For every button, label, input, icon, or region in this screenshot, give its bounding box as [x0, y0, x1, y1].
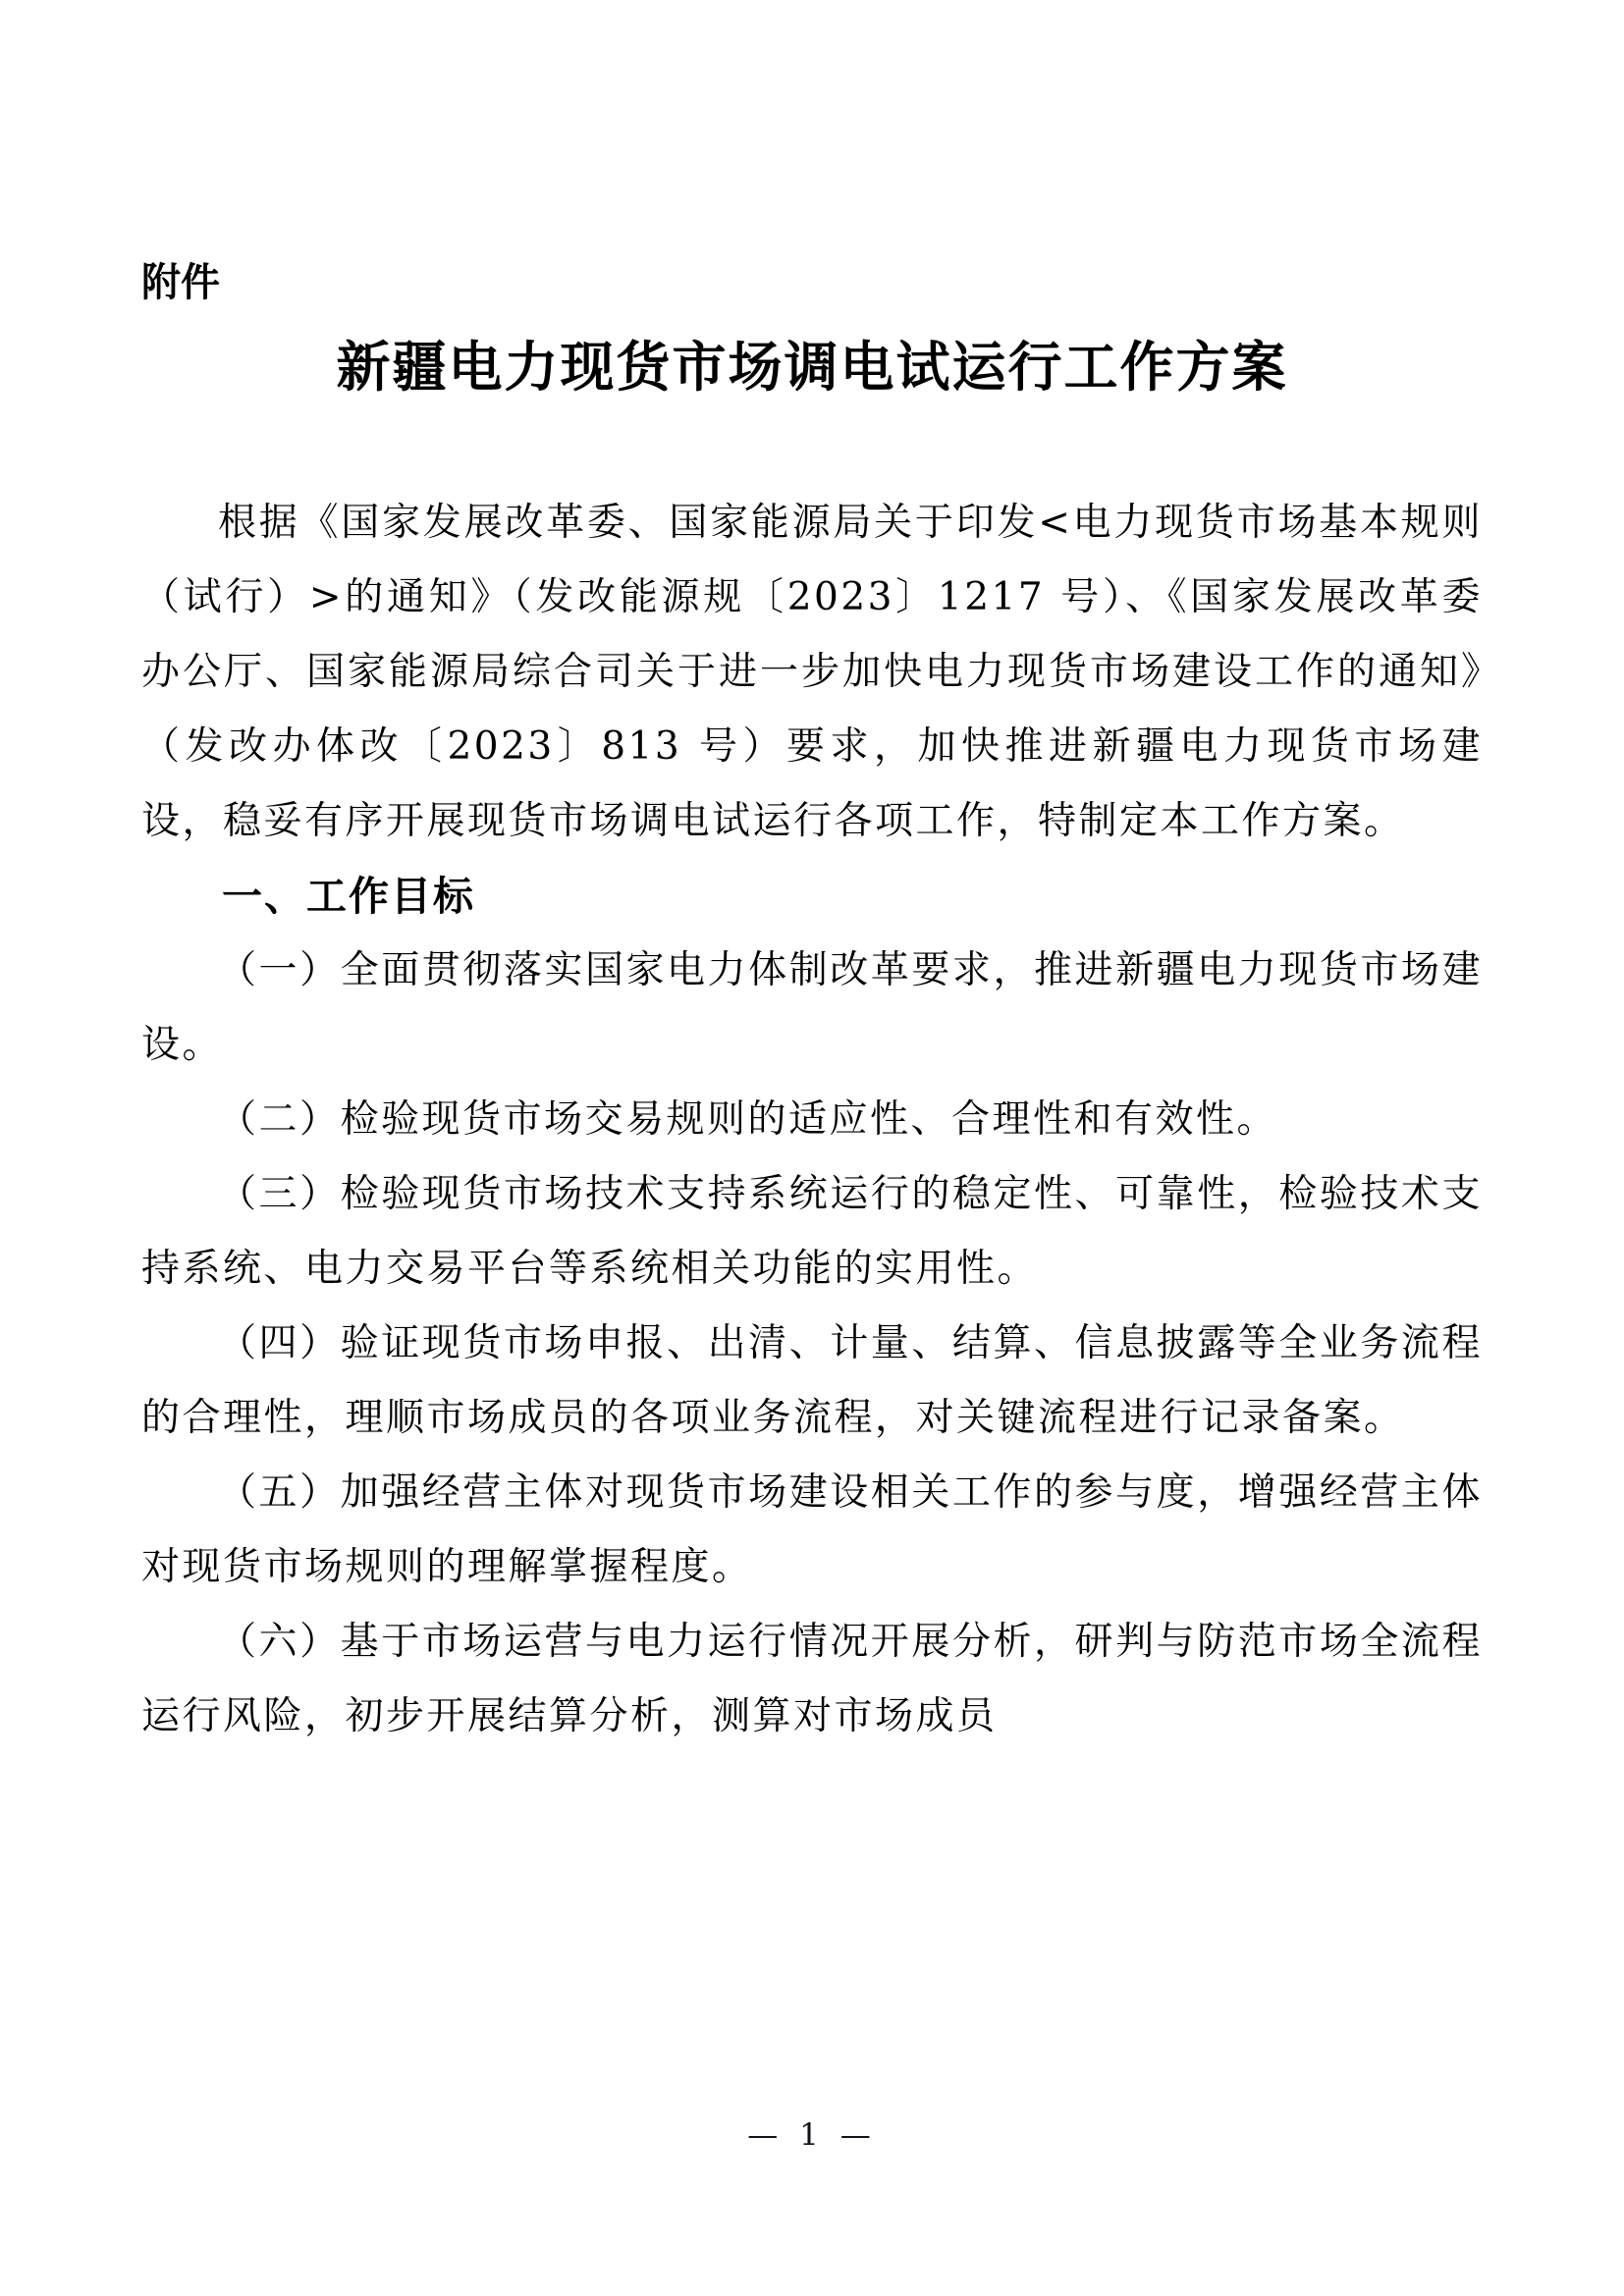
section-heading-work-goals: 一、工作目标 [141, 859, 1483, 934]
document-page: 附件 新疆电力现货市场调电试运行工作方案 根据《国家发展改革委、国家能源局关于印… [0, 0, 1624, 2296]
goal-item-2: （二）检验现货市场交易规则的适应性、合理性和有效性。 [141, 1083, 1483, 1157]
goal-item-1: （一）全面贯彻落实国家电力体制改革要求，推进新疆电力现货市场建设。 [141, 934, 1483, 1083]
page-title: 新疆电力现货市场调电试运行工作方案 [141, 334, 1483, 401]
intro-paragraph: 根据《国家发展改革委、国家能源局关于印发<电力现货市场基本规则（试行）>的通知》… [141, 486, 1483, 859]
goal-item-6: （六）基于市场运营与电力运行情况开展分析，研判与防范市场全流程运行风险，初步开展… [141, 1605, 1483, 1754]
goal-item-5: （五）加强经营主体对现货市场建设相关工作的参与度，增强经营主体对现货市场规则的理… [141, 1456, 1483, 1605]
goal-item-4: （四）验证现货市场申报、出清、计量、结算、信息披露等全业务流程的合理性，理顺市场… [141, 1307, 1483, 1456]
attachment-label: 附件 [141, 0, 1483, 304]
goal-item-3: （三）检验现货市场技术支持系统运行的稳定性、可靠性，检验技术支持系统、电力交易平… [141, 1157, 1483, 1307]
page-number: — 1 — [0, 2117, 1624, 2153]
document-body: 根据《国家发展改革委、国家能源局关于印发<电力现货市场基本规则（试行）>的通知》… [141, 486, 1483, 1754]
